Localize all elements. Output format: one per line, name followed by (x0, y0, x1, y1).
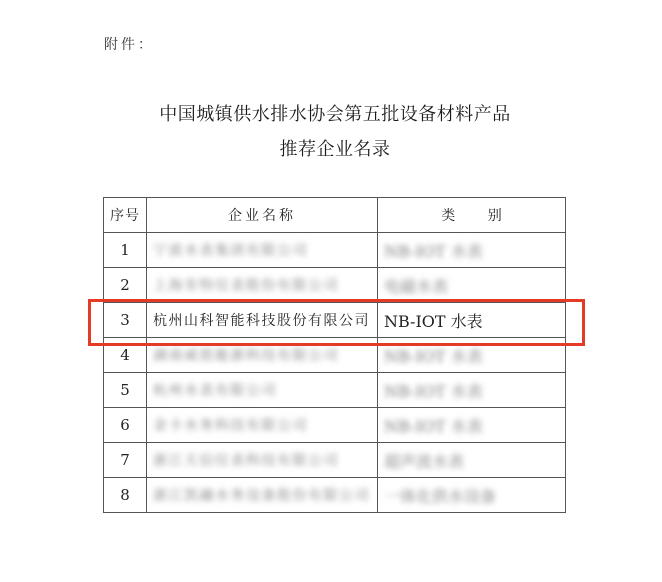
company-name-redacted: 宁波水表集团有限公司 (147, 233, 378, 268)
attachment-label: 附件： (104, 34, 155, 54)
header-category: 类 别 (378, 198, 566, 233)
company-name-redacted: 杭州水表有限公司 (147, 373, 378, 408)
category-redacted: 超声波水表 (378, 443, 566, 478)
header-company-name: 企业名称 (147, 198, 378, 233)
table-row: 1 宁波水表集团有限公司 NB-IOT 水表 (104, 233, 566, 268)
enterprise-list-table: 序号 企业名称 类 别 1 宁波水表集团有限公司 NB-IOT 水表 2 上海肯… (103, 197, 566, 513)
document-title-line-2: 推荐企业名录 (4, 135, 662, 161)
category-redacted: 一体化供水设备 (378, 478, 566, 513)
company-name-redacted: 浙江天信仪表科技有限公司 (147, 443, 378, 478)
table-header-row: 序号 企业名称 类 别 (104, 198, 566, 233)
row-number: 4 (104, 338, 147, 373)
company-name-redacted: 湖南威铭能源科技有限公司 (147, 338, 378, 373)
category-redacted: NB-IOT 水表 (378, 373, 566, 408)
category-redacted: NB-IOT 水表 (378, 338, 566, 373)
category: NB-IOT 水表 (378, 303, 566, 338)
company-name-redacted: 浙江凯融水务设备股份有限公司 (147, 478, 378, 513)
table-row: 7 浙江天信仪表科技有限公司 超声波水表 (104, 443, 566, 478)
table-row: 8 浙江凯融水务设备股份有限公司 一体化供水设备 (104, 478, 566, 513)
row-number: 3 (104, 303, 147, 338)
category-redacted: NB-IOT 水表 (378, 233, 566, 268)
table-row: 5 杭州水表有限公司 NB-IOT 水表 (104, 373, 566, 408)
table-row: 4 湖南威铭能源科技有限公司 NB-IOT 水表 (104, 338, 566, 373)
row-number: 6 (104, 408, 147, 443)
row-number: 1 (104, 233, 147, 268)
row-number: 5 (104, 373, 147, 408)
table-row: 2 上海肯特仪表股份有限公司 电磁水表 (104, 268, 566, 303)
company-name-redacted: 金卡水务科技有限公司 (147, 408, 378, 443)
row-number: 2 (104, 268, 147, 303)
category-redacted: NB-IOT 水表 (378, 408, 566, 443)
company-name-redacted: 上海肯特仪表股份有限公司 (147, 268, 378, 303)
company-name: 杭州山科智能科技股份有限公司 (147, 303, 378, 338)
row-number: 8 (104, 478, 147, 513)
row-number: 7 (104, 443, 147, 478)
table-row: 6 金卡水务科技有限公司 NB-IOT 水表 (104, 408, 566, 443)
category-redacted: 电磁水表 (378, 268, 566, 303)
table-row-highlighted: 3 杭州山科智能科技股份有限公司 NB-IOT 水表 (104, 303, 566, 338)
header-serial-no: 序号 (104, 198, 147, 233)
document-title-line-1: 中国城镇供水排水协会第五批设备材料产品 (4, 100, 662, 126)
